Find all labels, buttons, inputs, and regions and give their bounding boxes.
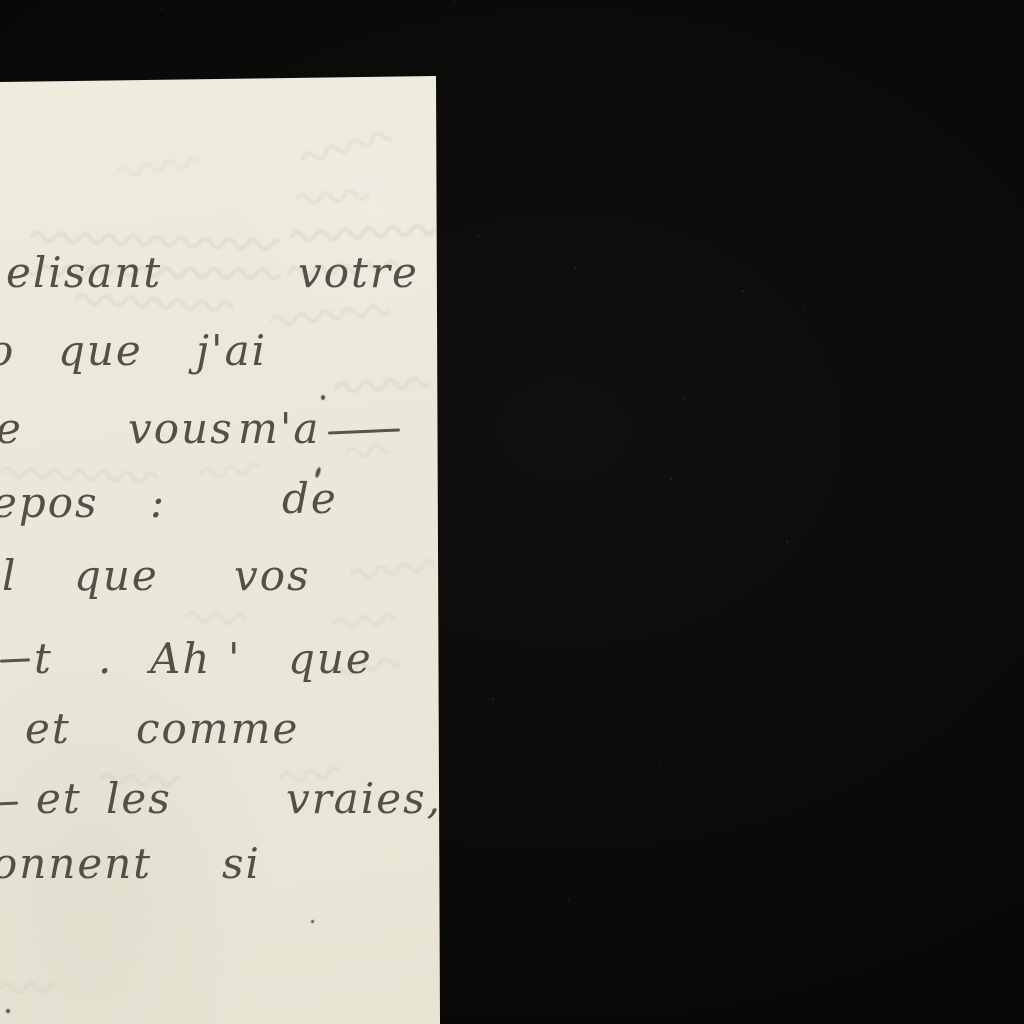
dust-speck — [607, 155, 608, 156]
handwriting-word: . — [98, 638, 113, 680]
dust-speck — [542, 278, 543, 279]
handwriting-word: j'ai — [196, 330, 267, 372]
dust-speck — [803, 305, 805, 307]
handwriting-line-6: t.Ah'que — [0, 638, 442, 702]
dust-speck — [733, 865, 734, 866]
handwriting-word: t — [34, 638, 53, 680]
handwriting-word: vos — [234, 555, 311, 597]
dust-speck — [793, 688, 795, 690]
handwriting-word: elisant — [6, 252, 162, 294]
dust-speck — [818, 745, 820, 747]
handwriting-word: que — [288, 638, 373, 680]
show-through-mark — [290, 220, 436, 246]
dust-speck — [683, 397, 685, 399]
handwriting-word: : — [150, 482, 166, 524]
handwriting-word: epos — [0, 482, 99, 524]
handwriting-word: si — [222, 843, 261, 885]
dust-speck — [670, 478, 672, 480]
dust-speck — [913, 695, 915, 697]
dust-speck — [725, 669, 726, 670]
dust-speck — [454, 0, 456, 2]
handwriting-word: les — [106, 778, 172, 820]
dust-speck — [547, 692, 548, 693]
pen-stroke-dash — [328, 428, 400, 434]
dust-speck — [904, 289, 905, 290]
handwriting-word: votre — [298, 252, 419, 294]
dust-speck — [952, 542, 953, 543]
show-through-mark — [114, 152, 201, 182]
dust-speck — [607, 459, 608, 460]
dust-speck — [574, 267, 576, 269]
handwriting-line-9: onnentsi — [0, 843, 442, 907]
handwriting-word: vous — [128, 408, 234, 450]
handwriting-word: l — [2, 555, 17, 597]
dust-speck — [861, 210, 863, 212]
pen-stroke-dash — [0, 802, 18, 806]
dust-speck — [457, 420, 459, 422]
handwriting-line-4: epos:de — [0, 482, 442, 546]
dust-speck — [682, 262, 684, 264]
handwriting-word: onnent — [0, 843, 152, 885]
dust-speck — [750, 351, 752, 353]
letter-paper: elisantvotreoquej'aievousm'aepos:delquev… — [0, 76, 442, 1024]
dust-speck — [161, 8, 163, 10]
dust-speck — [742, 290, 744, 292]
handwriting-line-8: etlesvraies, — [0, 778, 442, 842]
handwriting-line-1: elisantvotre — [0, 252, 442, 316]
dust-speck — [923, 227, 924, 228]
ink-dot — [6, 1009, 10, 1013]
dust-speck — [659, 761, 660, 762]
ink-dot — [311, 920, 314, 923]
dust-speck — [608, 10, 610, 12]
handwriting-word: et — [36, 778, 82, 820]
show-through-mark — [299, 126, 392, 169]
handwriting-line-3: evousm'a — [0, 408, 442, 472]
handwriting-word: ' — [228, 638, 242, 680]
dust-speck — [325, 55, 326, 56]
dust-speck — [974, 865, 976, 867]
dust-speck — [668, 628, 669, 629]
dust-speck — [830, 981, 831, 982]
dust-speck — [579, 474, 581, 476]
dust-speck — [727, 958, 729, 960]
dust-speck — [273, 26, 274, 27]
dust-speck — [911, 352, 912, 353]
ink-dot — [321, 395, 325, 400]
show-through-mark — [294, 185, 370, 209]
dust-speck — [897, 60, 899, 62]
handwriting-word: de — [282, 478, 338, 520]
dust-speck — [568, 899, 570, 901]
dust-speck — [794, 336, 796, 338]
handwriting-word: que — [74, 555, 159, 597]
dust-speck — [567, 924, 568, 925]
handwriting-word: vraies, — [286, 778, 442, 820]
handwriting-line-7: etcomme — [0, 708, 442, 772]
dust-speck — [492, 698, 494, 700]
handwriting-line-2: oquej'ai — [0, 330, 442, 394]
pen-stroke-dash — [0, 658, 30, 662]
handwriting-word: comme — [136, 708, 299, 750]
dust-speck — [738, 79, 740, 81]
dust-speck — [867, 317, 868, 318]
black-velvet-background: elisantvotreoquej'aievousm'aepos:delquev… — [0, 0, 1024, 1024]
handwriting-word: que — [58, 330, 143, 372]
show-through-mark — [0, 979, 55, 997]
dust-speck — [786, 541, 788, 543]
handwriting-word: e — [0, 408, 23, 450]
handwriting-line-5: lquevos — [0, 555, 442, 619]
handwriting-word: et — [25, 708, 71, 750]
dust-speck — [157, 6, 158, 7]
dust-speck — [569, 143, 570, 144]
handwriting-word: o — [0, 330, 15, 372]
dust-speck — [751, 385, 752, 386]
dust-speck — [754, 307, 755, 308]
handwriting-word: Ah — [150, 638, 211, 680]
dust-speck — [477, 235, 479, 237]
photograph-of-handwritten-letter: { "document": { "kind": "handwritten let… — [0, 0, 1024, 1024]
handwriting-word: m'a — [238, 408, 320, 450]
dust-speck — [967, 278, 969, 280]
dust-speck — [719, 779, 720, 780]
dust-speck — [673, 780, 675, 782]
